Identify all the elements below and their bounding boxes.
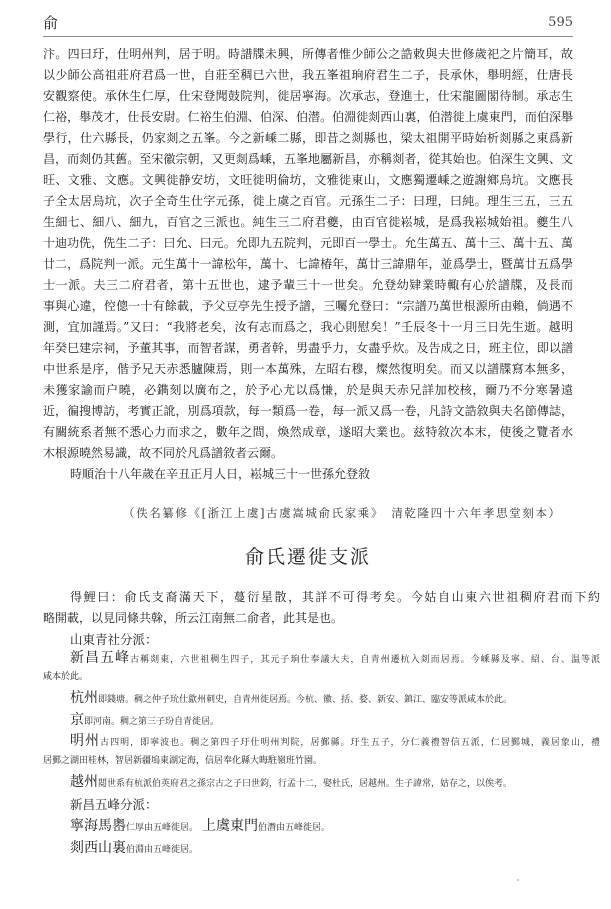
- branch-place: 越州: [70, 774, 98, 790]
- text-line: 學行，仕六縣長，仍家剡之五峯。今之新嵊二縣，即昔之剡縣也，梁太祖開平時始析剡縣之…: [43, 128, 573, 149]
- branch-entry: 杭州即錢塘。稠之仲子玧仕歙州刺史，自青州徙居焉。今杭、徽、括、婺、新安、鎮江、臨…: [43, 688, 600, 709]
- branch-place: 新昌五峰: [70, 650, 130, 666]
- branch-place: 杭州: [70, 690, 98, 706]
- branch-entry: 京即河南。稠之第三子玢自青徙居。: [43, 710, 600, 731]
- group-heading-shandong: 山東青社分派：: [43, 629, 600, 650]
- branch-entry: 寧海馬嶴仁厚由五峰徙居。上虞東門伯潛由五峰徙居。: [43, 816, 600, 837]
- text-line: 測，宜加謹焉。”又曰：“我將老矣，汝有志而爲之，我心則慰矣！”壬辰冬十一月三日先…: [43, 317, 573, 338]
- branch-note: 即河南。稠之第三子玢自青徙居。: [84, 717, 219, 727]
- running-title: 俞: [43, 13, 58, 33]
- branch-note-continued: 居鄞之湖田桂林，智居新疆塢東湖定海，信居奉化縣大晦駐嶺班竹園。: [43, 753, 573, 769]
- scan-speck: [517, 879, 519, 881]
- section-title: 俞氏遷徙支派: [43, 544, 573, 570]
- text-line: 廿二，爲院判一派。元生萬十一諱松年，萬十、七諱椿年，萬廿三諱鼎年，並爲學士，暨萬…: [43, 254, 573, 275]
- branch-note: 閲世系有杭派伯英府君之孫宗古之子曰世鈞，行孟十二，娶杜氏，居越州。生子諱常，姑存…: [98, 779, 512, 789]
- group-heading-xinchang: 新昌五峰分派：: [43, 794, 600, 815]
- branch-note: 伯潛由五峰徙居。: [258, 823, 330, 833]
- branch-note-continued: 咸本於此。: [43, 669, 573, 685]
- branch-note: 伯淵由五峰徙居。: [126, 845, 198, 855]
- text-line: 事與心違，倥傯一十有餘載，予父豆亭先生授予譜，三囑允登曰：“宗譜乃萬世根源所由賴…: [43, 296, 573, 317]
- branch-note: 即錢塘。稠之仲子玧仕歙州刺史，自青州徙居焉。今杭、徽、括、婺、新安、鎮江、臨安等…: [98, 695, 512, 705]
- intro-line: 略開載，以見同條共榦，所云江南無二俞者，此其是也。: [43, 608, 573, 629]
- branch-place: 上虞東門: [202, 818, 258, 834]
- text-line: 未獲家諭而户曉，必鐫刻以廣布之，於予心尤以爲慊，於是與天赤兄詳加校核，爾乃不分寒…: [43, 380, 573, 401]
- text-line: 生細七、細八、細九，百官之三派也。純生三二府君夔，由百官徙崧城，是爲我崧城始祖。…: [43, 212, 573, 233]
- branch-entry: 剡西山裏伯淵由五峰徙居。: [43, 838, 600, 859]
- text-line: 旺、文雅、文應。文興徙静安坊，文旺徙明倫坊，文雅徙東山，文應獨遷嵊之遊謝鄉烏坑。…: [43, 170, 573, 191]
- branch-note: 仁厚由五峰徙居。: [126, 823, 198, 833]
- text-line: 士一派。夫三二府君者，第十五世也，逮予輩三十一世矣。允登幼肄業時輙有心於譜牒，及…: [43, 275, 573, 296]
- source-citation: （佚名纂修《[浙江上虞]古虞嵩城俞氏家乘》 清乾隆四十六年孝思堂刻本）: [123, 503, 560, 523]
- branch-note: 古稱剡東，六世祖稠生四子，其元子珦仕奉議大夫，自青州遷杭入剡而居焉。今嵊縣及寧、…: [130, 655, 600, 665]
- branch-note: 古四明，即寧波也。稠之第四子玗仕明州判院，居鄞縣。玗生五子，分仁義禮智信五派，仁…: [100, 738, 600, 748]
- page-number: 595: [548, 13, 573, 33]
- preface-signature: 時順治十八年歲在辛丑正月人日，崧城三十一世孫允登敘: [43, 464, 573, 485]
- preface-text: 汴。四曰玗，仕明州判，居于明。時譜牒未興，所傳者惟少師公之誥敕與夫世修歲祀之片簡…: [43, 44, 573, 485]
- text-line: 十迪功侁，侁生二子：曰允、曰元。允即九五院判，元即百一學士。允生萬五、萬十三、萬…: [43, 233, 573, 254]
- text-line: 木根源曉然易識，故不同於凡爲譜敘者云爾。: [43, 443, 573, 464]
- text-line: 仁裕，舉茂才，仕長安尉。仁裕生伯淵、伯深、伯潜。伯淵徙剡西山裏，伯潜徙上虞東門，…: [43, 107, 573, 128]
- header-rule: [43, 36, 573, 37]
- intro-line: 得鯉曰：俞氏支裔滿天下，蔓衍星散，其詳不可得考矣。今姑自山東六世祖稠府君而下約: [43, 587, 600, 608]
- text-line: 安觀察使。承休生仁厚，仕宋登聞鼓院判，徙居寧海。次承志，登進士，仕宋龍圖閣待制。…: [43, 86, 573, 107]
- branch-place: 京: [70, 712, 84, 728]
- text-line: 年癸巳建宗祠，予董其事，而智者謀，勇者幹，男盡乎力，女盡乎炊。及告成之日，班主位…: [43, 338, 573, 359]
- text-line: 子全太居烏坑，次子全奇生仕字元孫，徙上虞之百官。元孫生二子：曰理，曰純。理生三五…: [43, 191, 573, 212]
- branch-entry: 明州古四明，即寧波也。稠之第四子玗仕明州判院，居鄞縣。玗生五子，分仁義禮智信五派…: [43, 731, 600, 752]
- text-line: 中世系是序，偕予兄天赤悉臚陳焉，則一本萬殊，左昭右穆，燦然復明矣。而又以譜牒寫本…: [43, 359, 573, 380]
- text-line: 有關統系者無不悉心力而求之，數年之間，煥然成章，遂昭大業也。兹特敘次本末，使後之…: [43, 422, 573, 443]
- text-line: 近，徧搜博訪，考實正訛，別爲項款，每一類爲一卷，每一派又爲一卷，凡詩文誥敘與夫名…: [43, 401, 573, 422]
- text-line: 以少師公高祖莊府君爲一世，自莊至稠已六世，我五峯祖珦府君生二子，長承休，舉明經，…: [43, 65, 573, 86]
- text-line: 昌，而剡仍其舊。至宋徽宗朝，又更剡爲嵊，五峯地屬新昌，亦稱剡者，從其始也。伯深生…: [43, 149, 573, 170]
- branch-place: 明州: [70, 733, 100, 749]
- text-line: 汴。四曰玗，仕明州判，居于明。時譜牒未興，所傳者惟少師公之誥敕與夫世修歲祀之片簡…: [43, 44, 573, 65]
- branch-entry: 新昌五峰古稱剡東，六世祖稠生四子，其元子珦仕奉議大夫，自青州遷杭入剡而居焉。今嵊…: [43, 648, 600, 669]
- branch-place: 剡西山裏: [70, 840, 126, 856]
- branch-place: 寧海馬嶴: [70, 818, 126, 834]
- branch-entry: 越州閲世系有杭派伯英府君之孫宗古之子曰世鈞，行孟十二，娶杜氏，居越州。生子諱常，…: [43, 772, 600, 793]
